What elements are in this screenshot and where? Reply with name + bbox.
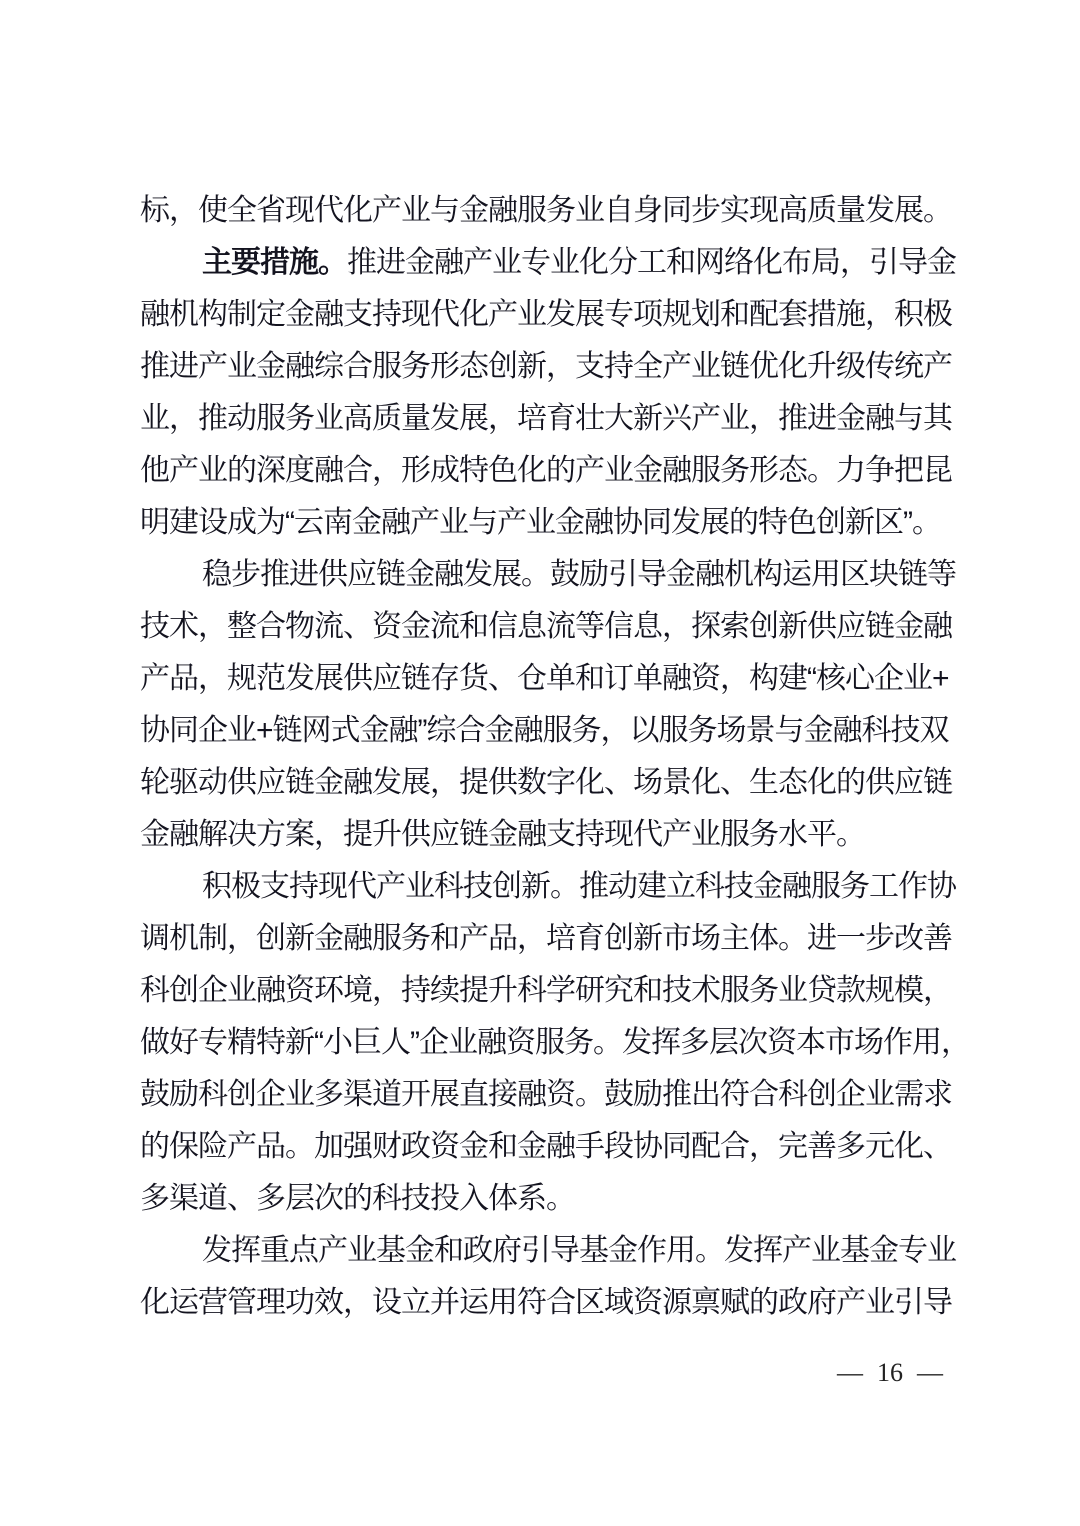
text-line: 发挥重点产业基金和政府引导基金作用。发挥产业基金专业 bbox=[140, 1225, 955, 1277]
body-text: 发挥重点产业基金和政府引导基金作用。发挥产业基金专业 bbox=[202, 1234, 956, 1267]
body-text: 业，推动服务业高质量发展，培育壮大新兴产业，推进金融与其 bbox=[140, 402, 952, 435]
text-line: 推进产业金融综合服务形态创新，支持全产业链优化升级传统产 bbox=[140, 341, 955, 393]
text-line: 的保险产品。加强财政资金和金融手段协同配合，完善多元化、 bbox=[140, 1121, 955, 1173]
body-text: 推进金融产业专业化分工和网络化布局，引导金 bbox=[347, 246, 956, 279]
text-line: 主要措施。推进金融产业专业化分工和网络化布局，引导金 bbox=[140, 237, 955, 289]
text-line: 明建设成为“云南金融产业与产业金融协同发展的特色创新区”。 bbox=[140, 497, 955, 549]
body-text: 做好专精特新“小巨人”企业融资服务。发挥多层次资本市场作用， bbox=[140, 1026, 970, 1059]
text-line: 技术，整合物流、资金流和信息流等信息，探索创新供应链金融 bbox=[140, 601, 955, 653]
text-line: 融机构制定金融支持现代化产业发展专项规划和配套措施，积极 bbox=[140, 289, 955, 341]
page-number: — 16 — bbox=[837, 1358, 943, 1388]
text-line: 金融解决方案，提升供应链金融支持现代产业服务水平。 bbox=[140, 809, 955, 861]
body-text: 融机构制定金融支持现代化产业发展专项规划和配套措施，积极 bbox=[140, 298, 952, 331]
text-line: 协同企业+链网式金融”综合金融服务，以服务场景与金融科技双 bbox=[140, 705, 955, 757]
body-text: 积极支持现代产业科技创新。推动建立科技金融服务工作协 bbox=[202, 870, 956, 903]
body-text: 金融解决方案，提升供应链金融支持现代产业服务水平。 bbox=[140, 818, 865, 851]
text-line: 化运营管理功效，设立并运用符合区域资源禀赋的政府产业引导 bbox=[140, 1277, 955, 1329]
body-text: 鼓励科创企业多渠道开展直接融资。鼓励推出符合科创企业需求 bbox=[140, 1078, 952, 1111]
body-text: 明建设成为“云南金融产业与产业金融协同发展的特色创新区”。 bbox=[140, 506, 941, 539]
text-line: 做好专精特新“小巨人”企业融资服务。发挥多层次资本市场作用， bbox=[140, 1017, 955, 1069]
body-text: 稳步推进供应链金融发展。鼓励引导金融机构运用区块链等 bbox=[202, 558, 956, 591]
page-number-left-dash: — bbox=[837, 1358, 863, 1388]
body-text: 推进产业金融综合服务形态创新，支持全产业链优化升级传统产 bbox=[140, 350, 952, 383]
text-line: 鼓励科创企业多渠道开展直接融资。鼓励推出符合科创企业需求 bbox=[140, 1069, 955, 1121]
text-line: 科创企业融资环境，持续提升科学研究和技术服务业贷款规模， bbox=[140, 965, 955, 1017]
body-text: 的保险产品。加强财政资金和金融手段协同配合，完善多元化、 bbox=[140, 1130, 952, 1163]
body-text: 产品，规范发展供应链存货、仓单和订单融资，构建“核心企业+ bbox=[140, 662, 949, 695]
text-line: 他产业的深度融合，形成特色化的产业金融服务形态。力争把昆 bbox=[140, 445, 955, 497]
text-line: 稳步推进供应链金融发展。鼓励引导金融机构运用区块链等 bbox=[140, 549, 955, 601]
page-number-value: 16 bbox=[877, 1358, 903, 1388]
text-line: 多渠道、多层次的科技投入体系。 bbox=[140, 1173, 955, 1225]
body-text: 调机制，创新金融服务和产品，培育创新市场主体。进一步改善 bbox=[140, 922, 952, 955]
body-text: 技术，整合物流、资金流和信息流等信息，探索创新供应链金融 bbox=[140, 610, 952, 643]
body-text: 多渠道、多层次的科技投入体系。 bbox=[140, 1182, 575, 1215]
text-line: 轮驱动供应链金融发展，提供数字化、场景化、生态化的供应链 bbox=[140, 757, 955, 809]
text-line: 调机制，创新金融服务和产品，培育创新市场主体。进一步改善 bbox=[140, 913, 955, 965]
text-line: 产品，规范发展供应链存货、仓单和订单融资，构建“核心企业+ bbox=[140, 653, 955, 705]
page-number-right-dash: — bbox=[917, 1358, 943, 1388]
document-page: 标，使全省现代化产业与金融服务业自身同步实现高质量发展。主要措施。推进金融产业专… bbox=[0, 0, 1080, 1526]
text-line: 标，使全省现代化产业与金融服务业自身同步实现高质量发展。 bbox=[140, 185, 955, 237]
body-text: 他产业的深度融合，形成特色化的产业金融服务形态。力争把昆 bbox=[140, 454, 952, 487]
body-text: 标，使全省现代化产业与金融服务业自身同步实现高质量发展。 bbox=[140, 194, 952, 227]
body-text: 协同企业+链网式金融”综合金融服务，以服务场景与金融科技双 bbox=[140, 714, 949, 747]
text-body: 标，使全省现代化产业与金融服务业自身同步实现高质量发展。主要措施。推进金融产业专… bbox=[140, 185, 955, 1329]
body-text: 化运营管理功效，设立并运用符合区域资源禀赋的政府产业引导 bbox=[140, 1286, 952, 1319]
body-text: 科创企业融资环境，持续提升科学研究和技术服务业贷款规模， bbox=[140, 974, 952, 1007]
bold-lead-text: 主要措施。 bbox=[202, 246, 347, 279]
text-line: 业，推动服务业高质量发展，培育壮大新兴产业，推进金融与其 bbox=[140, 393, 955, 445]
body-text: 轮驱动供应链金融发展，提供数字化、场景化、生态化的供应链 bbox=[140, 766, 952, 799]
text-line: 积极支持现代产业科技创新。推动建立科技金融服务工作协 bbox=[140, 861, 955, 913]
